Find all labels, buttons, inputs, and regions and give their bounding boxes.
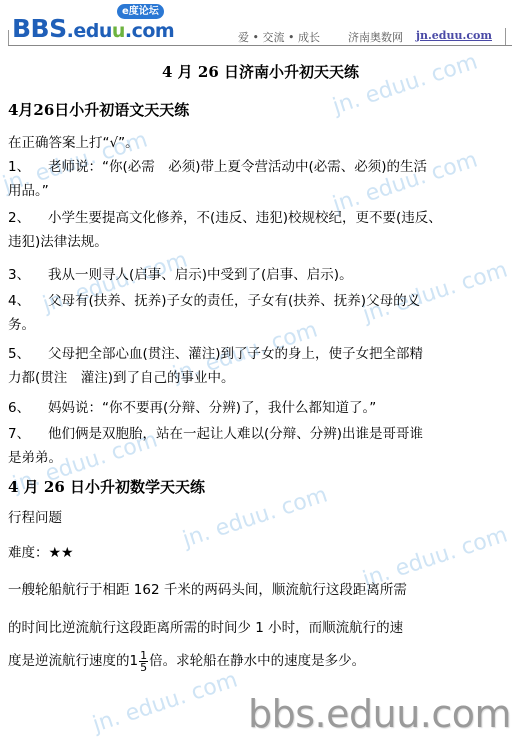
question-item: 4、父母有(扶养、抚养)子女的责任，子女有(扶养、抚养)父母的义 务。 [8,289,508,337]
question-number: 2、 [8,206,48,230]
header-divider-left [8,30,9,46]
question-text-cont: 违犯)法律法规。 [8,234,108,250]
logo-bbs: BBS [12,14,67,43]
site-link[interactable]: jn.eduu.com [416,29,492,42]
chinese-section-heading: 4月26日小升初语文天天练 [8,99,189,120]
problem-text: 度是逆流航行速度的 [8,653,130,669]
difficulty-label: 难度： [8,545,49,561]
logo-u-green: u [112,20,125,42]
question-number: 4、 [8,289,48,313]
watermark-text: jn. eduu. com [90,667,241,737]
logo-speech-bubble: e度论坛 [117,4,164,19]
fraction-numerator: 1 [139,650,148,662]
question-item: 6、妈妈说：“你不要再(分辩、分辨)了，我什么都知道了。” [8,396,508,420]
problem-line: 的时间比逆流航行这段距离所需的时间少 1 小时，而顺流航行的速 [8,616,513,636]
question-text-cont: 用品。” [8,183,49,199]
question-text: 他们俩是双胞胎，站在一起让人难以(分辩、分辨)出谁是哥哥谁 [48,426,423,442]
star-icon: ★★ [49,545,74,561]
difficulty-row: 难度：★★ [8,541,513,565]
page-title: 4 月 26 日济南小升初天天练 [8,61,513,82]
logo-com: .com [125,20,174,42]
chinese-instruction: 在正确答案上打“√”。 [8,131,513,155]
problem-line: 度是逆流航行速度的115倍。求轮船在静水中的速度是多少。 [8,649,513,673]
question-number: 6、 [8,396,48,420]
footer-brand-watermark: bbs.eduu.com [248,692,511,736]
bbs-logo[interactable]: BBS.eduu.com e度论坛 [12,4,182,42]
problem-line: 一艘轮船航行于相距 162 千米的两码头间，顺流航行这段距离所需 [8,578,513,598]
question-text: 妈妈说：“你不要再(分辩、分辨)了，我什么都知道了。” [48,400,376,416]
fraction-denominator: 5 [139,662,148,673]
question-text-cont: 力都(贯注 灌注)到了自己的事业中。 [8,370,235,386]
math-section-heading: 4 月 26 日小升初数学天天练 [8,476,205,497]
question-number: 7、 [8,422,48,446]
question-item: 7、他们俩是双胞胎，站在一起让人难以(分辩、分辨)出谁是哥哥谁 是弟弟。 [8,422,508,470]
question-text-cont: 务。 [8,317,35,333]
question-text: 老师说：“你(必需 必须)带上夏令营活动中(必需、必须)的生活 [48,159,427,175]
header-rule [8,45,512,46]
watermark-text: jn. eduu. com [330,49,481,119]
question-item: 2、小学生要提高文化修养，不(违反、违犯)校规校纪，更不要(违反、 违犯)法律法… [8,206,508,254]
question-text: 父母有(扶养、抚养)子女的责任，子女有(扶养、抚养)父母的义 [48,293,420,309]
question-item: 5、父母把全部心血(贯注、灌注)到了子女的身上，使子女把全部精 力都(贯注 灌注… [8,342,508,390]
question-item: 1、老师说：“你(必需 必须)带上夏令营活动中(必需、必须)的生活 用品。” [8,155,508,203]
question-number: 5、 [8,342,48,366]
question-item: 3、我从一则寻人(启事、启示)中受到了(启事、启示)。 [8,263,508,287]
math-topic: 行程问题 [8,506,513,530]
question-number: 1、 [8,155,48,179]
problem-text: 倍。求轮船在静水中的速度是多少。 [149,653,365,669]
question-text: 小学生要提高文化修养，不(违反、违犯)校规校纪，更不要(违反、 [48,210,442,226]
question-text: 父母把全部心血(贯注、灌注)到了子女的身上，使子女把全部精 [48,346,423,362]
tagline: 爱 • 交流 • 成长 [238,29,320,45]
fraction: 15 [139,650,148,673]
question-text: 我从一则寻人(启事、启示)中受到了(启事、启示)。 [48,267,353,283]
question-number: 3、 [8,263,48,287]
logo-edu: .edu [67,20,112,42]
mixed-number-whole: 1 [130,653,139,669]
site-name: 济南奥数网 [348,29,403,45]
header-divider-right [505,28,506,46]
page-header: BBS.eduu.com e度论坛 爱 • 交流 • 成长 济南奥数网 jn.e… [0,0,520,48]
question-text-cont: 是弟弟。 [8,450,62,466]
